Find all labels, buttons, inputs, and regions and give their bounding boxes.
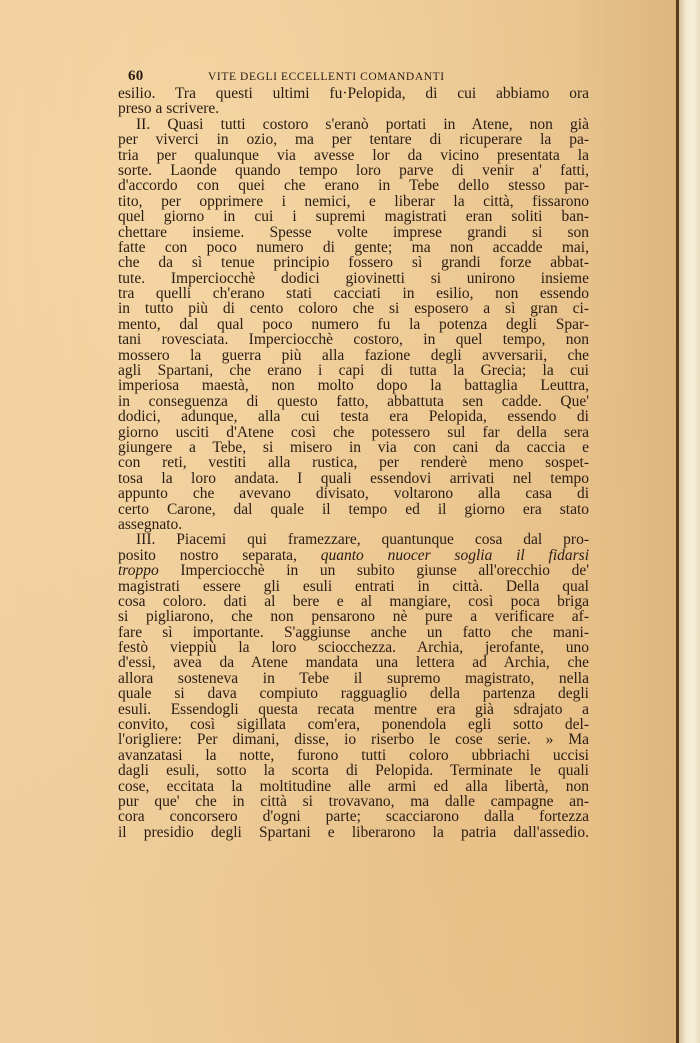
text-line: imperiosa maestà, non molto dopo la batt…	[118, 378, 589, 393]
text-fragment: Imperciocchè in un subito giunse all'ore…	[180, 562, 589, 579]
running-title: VITE DEGLI ECCELLENTI COMANDANTI	[208, 71, 445, 83]
text-line: mossero la guerra più alla fazione degli…	[118, 348, 589, 363]
text-line: sorte. Laonde quando tempo loro parve di…	[118, 163, 589, 178]
text-line: pur que' che in città si trovavano, ma d…	[118, 794, 589, 809]
text-line: avanzatasi la notte, furono tutti coloro…	[118, 748, 589, 763]
text-line: quel giorno in cui i supremi magistrati …	[118, 209, 589, 224]
text-line: si pigliarono, che non pensarono nè pure…	[118, 609, 589, 624]
text-line: tosa la loro andata. I quali essendovi a…	[118, 471, 589, 486]
text-line: fatte con poco numero di gente; ma non a…	[118, 240, 589, 255]
text-line: appunto che avevano divisato, voltarono …	[118, 486, 589, 501]
text-line: allora sosteneva in Tebe il supremo magi…	[118, 671, 589, 686]
page-number: 60	[118, 68, 208, 85]
text-line: esilio. Tra questi ultimi fu·Pelopida, d…	[118, 86, 589, 101]
text-line-with-italic: posito nostro separata, quanto nuocer so…	[118, 548, 589, 563]
text-line: esuli. Essendogli questa recata mentre e…	[118, 702, 589, 717]
section-start-line: III. Piacemi qui framezzare, quantunque …	[118, 532, 589, 547]
text-line: preso a scrivere.	[118, 101, 589, 116]
running-head: 60 VITE DEGLI ECCELLENTI COMANDANTI	[118, 68, 589, 86]
text-line: cora concorsero d'ogni parte; scacciaron…	[118, 809, 589, 824]
text-line-with-italic: troppo Imperciocchè in un subito giunse …	[118, 563, 589, 578]
next-page-edge	[679, 0, 700, 1043]
text-line: quale si dava compiuto ragguaglio della …	[118, 686, 589, 701]
text-line: tra quelli ch'erano stati cacciati in es…	[118, 286, 589, 301]
text-line: in conseguenza di questo fatto, abbattut…	[118, 394, 589, 409]
text-line: d'essi, avea da Atene mandata una letter…	[118, 655, 589, 670]
text-line: fare sì importante. S'aggiunse anche un …	[118, 625, 589, 640]
text-line: dagli esuli, sotto la scorta di Pelopida…	[118, 763, 589, 778]
text-line: tria per qualunque via avesse lor da vic…	[118, 148, 589, 163]
text-line: d'accordo con quei che erano in Tebe del…	[118, 178, 589, 193]
text-line: tito, per opprimere i nemici, e liberar …	[118, 194, 589, 209]
text-line: giorno usciti d'Atene così che potessero…	[118, 425, 589, 440]
text-line: cosa coloro. dati al bere e al mangiare,…	[118, 594, 589, 609]
text-line: magistrati essere gli esuli entrati in c…	[118, 579, 589, 594]
italic-quote: troppo	[118, 562, 159, 579]
book-page: 60 VITE DEGLI ECCELLENTI COMANDANTI esil…	[0, 0, 678, 1043]
page-text-block: 60 VITE DEGLI ECCELLENTI COMANDANTI esil…	[118, 68, 589, 840]
text-line: assegnato.	[118, 517, 589, 532]
text-line: che da sì tenue principio fossero sì gra…	[118, 255, 589, 270]
text-line: tute. Imperciocchè dodici giovinetti si …	[118, 271, 589, 286]
text-line: certo Carone, dal quale il tempo ed il g…	[118, 502, 589, 517]
text-line: mento, dal qual poco numero fu la potenz…	[118, 317, 589, 332]
text-line: in tutto più di cento coloro che si espo…	[118, 301, 589, 316]
text-line: l'origliere: Per dimani, disse, io riser…	[118, 732, 589, 747]
text-line: dodici, adunque, alla cui testa era Pelo…	[118, 409, 589, 424]
text-line: convito, così sigillata com'era, ponendo…	[118, 717, 589, 732]
text-line: festò vieppiù la loro sciocchezza. Archi…	[118, 640, 589, 655]
text-line: con reti, vestiti alla rustica, per rend…	[118, 455, 589, 470]
section-start-line: II. Quasi tutti costoro s'eranò portati …	[118, 117, 589, 132]
text-line: il presidio degli Spartani e liberarono …	[118, 825, 589, 840]
text-line: agli Spartani, che erano i capi di tutta…	[118, 363, 589, 378]
text-line: cose, eccitata la moltitudine alle armi …	[118, 779, 589, 794]
text-line: tani rovesciata. Imperciocchè costoro, i…	[118, 332, 589, 347]
text-line: giungere a Tebe, si misero in via con ca…	[118, 440, 589, 455]
text-line: per viverci in ozio, ma per tentare di r…	[118, 132, 589, 147]
text-line: chettare insieme. Spesse volte imprese g…	[118, 225, 589, 240]
